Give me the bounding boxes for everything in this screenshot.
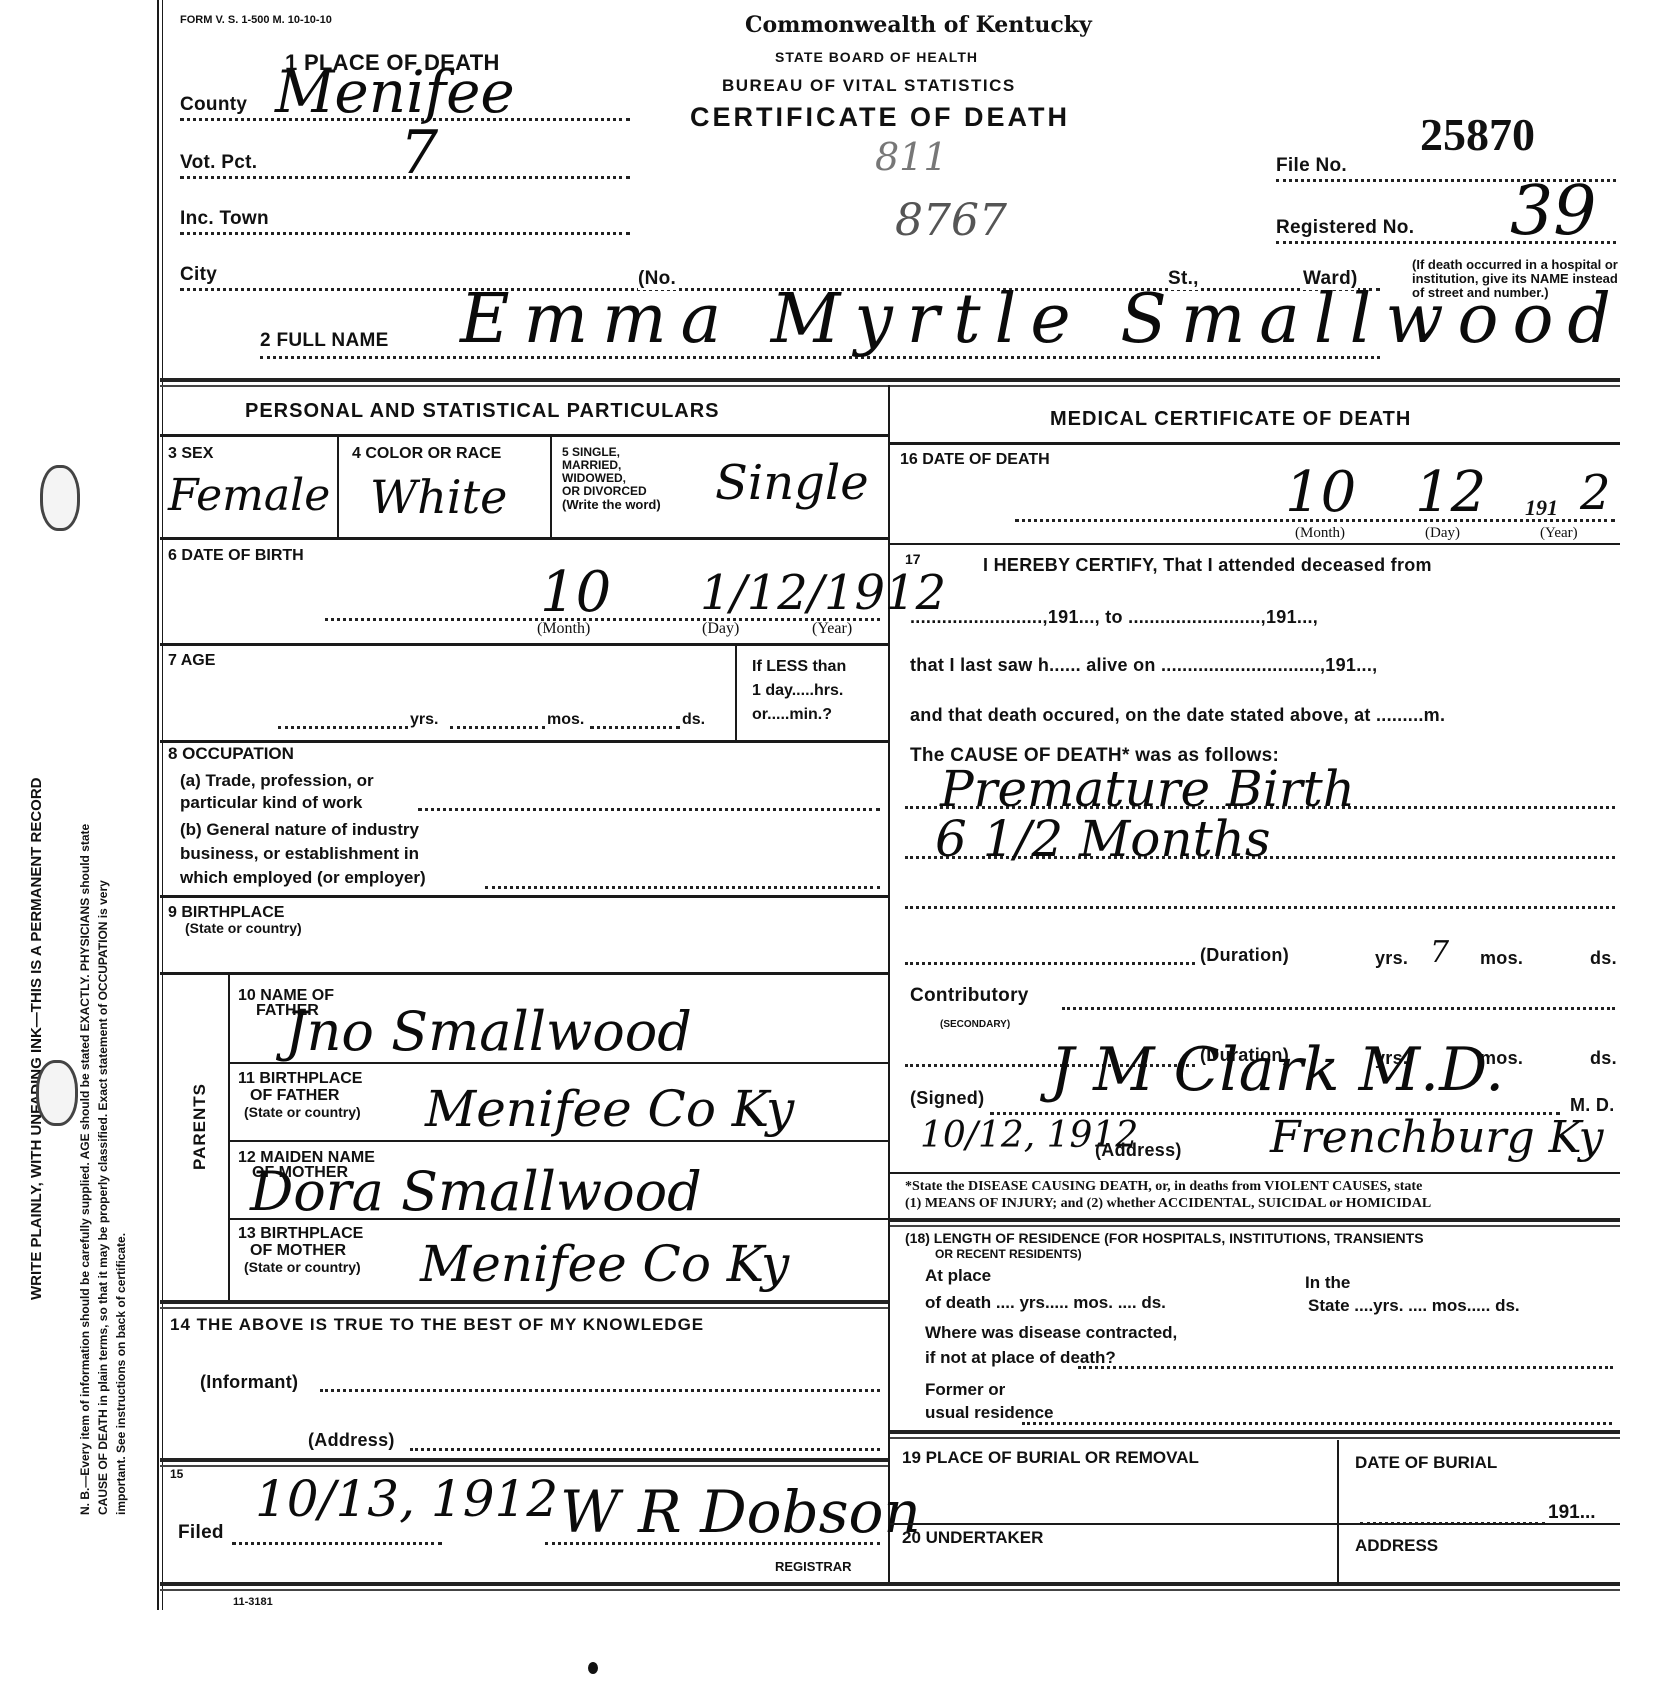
- duration-lead-dots: [905, 958, 1195, 965]
- full-name-value: Emma Myrtle Smallwood: [460, 280, 1625, 359]
- place-of-burial-label: 19 PLACE OF BURIAL OR REMOVAL: [902, 1450, 1199, 1465]
- left-border-inner: [162, 0, 163, 1610]
- marital-status-label: 5 SINGLE, MARRIED, WIDOWED, OR DIVORCED …: [562, 446, 661, 511]
- rule: [230, 1218, 888, 1220]
- dob-month-value: 10: [540, 560, 611, 625]
- state-board: STATE BOARD OF HEALTH: [775, 50, 978, 65]
- county-label: County: [180, 94, 247, 115]
- dob-day-caption: (Day): [702, 620, 739, 638]
- registered-number-label: Registered No.: [1276, 217, 1414, 238]
- less-than-line: If LESS than: [752, 655, 846, 679]
- age-ds-label: ds.: [682, 712, 705, 727]
- former-residence-field[interactable]: [1022, 1418, 1612, 1425]
- dob-month-caption: (Month): [537, 620, 590, 638]
- father-birthplace-label-line: OF FATHER: [238, 1087, 362, 1104]
- rule: [230, 1140, 888, 1142]
- physician-address-value[interactable]: Frenchburg Ky: [1270, 1112, 1604, 1163]
- medical-section-title: MEDICAL CERTIFICATE OF DEATH: [1050, 408, 1411, 431]
- former-residence-label-1: Former or: [925, 1382, 1005, 1397]
- inc-town-field[interactable]: Inc. Town: [180, 208, 630, 235]
- occupation-b-line: business, or establishment in: [180, 842, 426, 866]
- mother-name-value[interactable]: Dora Smallwood: [250, 1160, 702, 1223]
- at-place-of-death-line[interactable]: of death .... yrs..... mos. .... ds.: [925, 1295, 1166, 1310]
- rule: [890, 442, 1620, 445]
- occupation-b-line: which employed (or employer): [180, 866, 426, 890]
- age-days-field[interactable]: [590, 720, 680, 729]
- less-than-line: or.....min.?: [752, 703, 846, 727]
- footnote-line-1: *State the DISEASE CAUSING DEATH, or, in…: [905, 1180, 1422, 1193]
- rule: [230, 1062, 888, 1064]
- age-years-field[interactable]: [278, 720, 408, 729]
- undertaker-label: 20 UNDERTAKER: [902, 1530, 1043, 1545]
- occupation-label: 8 OCCUPATION: [168, 746, 294, 761]
- secondary-label: (SECONDARY): [940, 1018, 1010, 1031]
- rule: [160, 740, 888, 743]
- occupation-b-field[interactable]: [485, 880, 880, 889]
- mother-birthplace-label-line: 13 BIRTHPLACE: [238, 1225, 363, 1242]
- filed-date-value: 10/13, 1912: [255, 1470, 558, 1528]
- rule: [160, 537, 888, 540]
- father-birthplace-label-line: 11 BIRTHPLACE: [238, 1070, 362, 1087]
- signed-label: (Signed): [910, 1088, 984, 1109]
- rule: [890, 1172, 1620, 1174]
- dod-month-caption: (Month): [1295, 525, 1345, 542]
- age-months-field[interactable]: [450, 720, 545, 729]
- county-value: Menifee: [275, 58, 515, 126]
- attended-from-to-line[interactable]: .........................,191..., to ...…: [910, 607, 1318, 628]
- divider: [550, 437, 552, 537]
- certificate-title: CERTIFICATE OF DEATH: [690, 102, 1070, 133]
- rule-heavy: [160, 1300, 888, 1309]
- occupation-a-label: (a) Trade, profession, or particular kin…: [180, 770, 374, 814]
- file-number-value: 25870: [1420, 108, 1535, 161]
- duration-yrs-label: yrs.: [1375, 948, 1408, 969]
- filed-label: Filed: [178, 1522, 224, 1544]
- age-yrs-label: yrs.: [410, 712, 438, 727]
- informant-statement: 14 THE ABOVE IS TRUE TO THE BEST OF MY K…: [170, 1315, 704, 1335]
- duration-ds-label: ds.: [1590, 948, 1617, 969]
- date-of-death-month: 10: [1285, 460, 1356, 525]
- race-value[interactable]: White: [370, 470, 507, 524]
- father-birthplace-label: 11 BIRTHPLACE OF FATHER (State or countr…: [238, 1070, 362, 1121]
- registrar-caption: REGISTRAR: [775, 1560, 852, 1573]
- rule: [890, 1523, 1620, 1525]
- left-border: [157, 0, 159, 1610]
- less-than-line: 1 day.....hrs.: [752, 679, 846, 703]
- father-name-value[interactable]: Jno Smallwood: [285, 1000, 692, 1063]
- cause-line-3[interactable]: [905, 902, 1615, 909]
- where-contracted-label-1: Where was disease contracted,: [925, 1325, 1177, 1340]
- date-of-burial-year: 191...: [1548, 1505, 1596, 1520]
- dob-year-caption: (Year): [812, 620, 852, 638]
- place-of-burial-field[interactable]: [902, 1475, 1332, 1515]
- filed-date-field[interactable]: [232, 1538, 442, 1545]
- date-of-death-year-prefix: 191: [1525, 500, 1558, 515]
- at-place-label: At place: [925, 1268, 991, 1283]
- informant-address-field[interactable]: [410, 1444, 880, 1451]
- informant-address-label: (Address): [308, 1430, 395, 1451]
- file-number-label: File No.: [1276, 155, 1347, 176]
- mother-birthplace-label-line: OF MOTHER: [238, 1242, 363, 1259]
- duration-months-value[interactable]: 7: [1430, 935, 1449, 970]
- margin-instruction-line-3: CAUSE OF DEATH in plain terms, so that i…: [96, 880, 110, 1515]
- form-code: 11-3181: [233, 1596, 273, 1609]
- where-contracted-field[interactable]: [1078, 1362, 1613, 1369]
- stamp-number-a: 811: [875, 135, 948, 179]
- filing-number: 15: [170, 1468, 183, 1481]
- dod-day-caption: (Day): [1425, 525, 1460, 542]
- age-mos-label: mos.: [547, 712, 584, 727]
- commonwealth-title: Commonwealth of Kentucky: [745, 12, 1092, 38]
- date-of-death-day: 12: [1415, 460, 1486, 525]
- date-of-death-year-suffix: 2: [1580, 465, 1611, 521]
- occupation-a-field[interactable]: [418, 802, 880, 811]
- death-occurred-line[interactable]: and that death occured, on the date stat…: [910, 705, 1445, 726]
- sex-label: 3 SEX: [168, 446, 213, 461]
- duration-label: (Duration): [1200, 945, 1289, 966]
- contributory-field[interactable]: [1062, 1003, 1615, 1010]
- father-birthplace-value[interactable]: Menifee Co Ky: [425, 1080, 794, 1138]
- race-label: 4 COLOR OR RACE: [352, 446, 501, 461]
- punch-hole-top: [40, 465, 80, 531]
- age-label: 7 AGE: [168, 653, 215, 668]
- contributory-ds-label: ds.: [1590, 1048, 1617, 1069]
- less-than-day-label: If LESS than 1 day.....hrs. or.....min.?: [752, 655, 846, 727]
- sex-value[interactable]: Female: [168, 470, 330, 521]
- rule: [160, 434, 888, 437]
- personal-section-title: PERSONAL AND STATISTICAL PARTICULARS: [245, 400, 720, 423]
- informant-field[interactable]: [320, 1385, 880, 1392]
- date-of-burial-label: DATE OF BURIAL: [1355, 1455, 1497, 1470]
- informant-label: (Informant): [200, 1372, 298, 1393]
- bureau: BUREAU OF VITAL STATISTICS: [722, 78, 1016, 93]
- in-the-label: In the: [1305, 1275, 1350, 1290]
- dob-label: 6 DATE OF BIRTH: [168, 548, 304, 563]
- margin-instruction-permanent-record: WRITE PLAINLY, WITH UNFADING INK—THIS IS…: [28, 777, 45, 1300]
- burial-divider: [1337, 1440, 1339, 1585]
- vot-pct-label: Vot. Pct.: [180, 152, 257, 173]
- marital-status-value[interactable]: Single: [715, 455, 869, 511]
- rule: [160, 643, 888, 646]
- rule: [160, 895, 888, 898]
- full-name-label: 2 FULL NAME: [260, 330, 389, 351]
- inc-town-label: Inc. Town: [180, 208, 269, 229]
- undertaker-field[interactable]: [902, 1552, 1332, 1580]
- rule-heavy: [160, 1458, 888, 1467]
- last-saw-alive-line[interactable]: that I last saw h...... alive on .......…: [910, 655, 1377, 676]
- registrar-signature: W R Dobson: [560, 1478, 921, 1546]
- registered-number-value: 39: [1510, 172, 1597, 251]
- rule: [890, 543, 1620, 545]
- margin-instruction-line-2: N. B.—Every item of information should b…: [78, 824, 92, 1515]
- parents-divider: [228, 975, 230, 1300]
- rule-bottom: [160, 1582, 1620, 1591]
- undertaker-address-field[interactable]: [1355, 1560, 1615, 1582]
- date-of-death-label: 16 DATE OF DEATH: [900, 452, 1050, 467]
- vot-pct-value: 7: [400, 118, 438, 188]
- occupation-b-label: (b) General nature of industry business,…: [180, 818, 426, 890]
- punch-hole-bottom: [36, 1060, 78, 1126]
- stamp-number-b: 8767: [895, 195, 1007, 246]
- occupation-b-line: (b) General nature of industry: [180, 818, 426, 842]
- header-rule: [160, 378, 1620, 387]
- physician-signature: J M Clark M.D.: [1050, 1035, 1504, 1105]
- parents-side-label: PARENTS: [190, 1083, 210, 1170]
- residence-label-line-2: OR RECENT RESIDENTS): [935, 1248, 1082, 1261]
- mother-birthplace-label: 13 BIRTHPLACE OF MOTHER (State or countr…: [238, 1225, 363, 1276]
- margin-instruction-line-4: important. See instructions on back of c…: [114, 1233, 128, 1515]
- in-state-line[interactable]: State ....yrs. .... mos..... ds.: [1308, 1298, 1520, 1313]
- divider: [337, 437, 339, 537]
- rule: [160, 972, 888, 975]
- birthplace-field[interactable]: [185, 940, 875, 968]
- footnote-line-2: (1) MEANS OF INJURY; and (2) whether ACC…: [905, 1197, 1431, 1210]
- certify-number: 17: [905, 552, 921, 567]
- duration-mos-label: mos.: [1480, 948, 1523, 969]
- marital-label-line: (Write the word): [562, 498, 661, 511]
- dod-year-caption: (Year): [1540, 525, 1578, 542]
- rule-heavy: [890, 1430, 1620, 1439]
- contributory-label: Contributory: [910, 985, 1029, 1007]
- birthplace-sub: (State or country): [185, 922, 302, 935]
- birthplace-label: 9 BIRTHPLACE: [168, 905, 284, 920]
- certify-statement: I HEREBY CERTIFY, That I attended deceas…: [983, 555, 1432, 576]
- cause-of-death-value-2: 6 1/2 Months: [935, 810, 1271, 868]
- ink-dot: [588, 1662, 598, 1674]
- mother-birthplace-label-line: (State or country): [238, 1259, 363, 1276]
- city-label: City: [180, 264, 217, 285]
- occupation-a-line: particular kind of work: [180, 792, 374, 814]
- form-number: FORM V. S. 1-500 M. 10-10-10: [180, 14, 332, 27]
- rule-heavy: [890, 1218, 1620, 1227]
- residence-label-line-1: (18) LENGTH OF RESIDENCE (FOR HOSPITALS,…: [905, 1232, 1424, 1245]
- undertaker-address-label: ADDRESS: [1355, 1538, 1438, 1553]
- divider: [735, 646, 737, 742]
- mother-birthplace-value[interactable]: Menifee Co Ky: [420, 1235, 789, 1293]
- father-birthplace-label-line: (State or country): [238, 1104, 362, 1121]
- occupation-a-line: (a) Trade, profession, or: [180, 770, 374, 792]
- physician-address-label: (Address): [1095, 1140, 1182, 1161]
